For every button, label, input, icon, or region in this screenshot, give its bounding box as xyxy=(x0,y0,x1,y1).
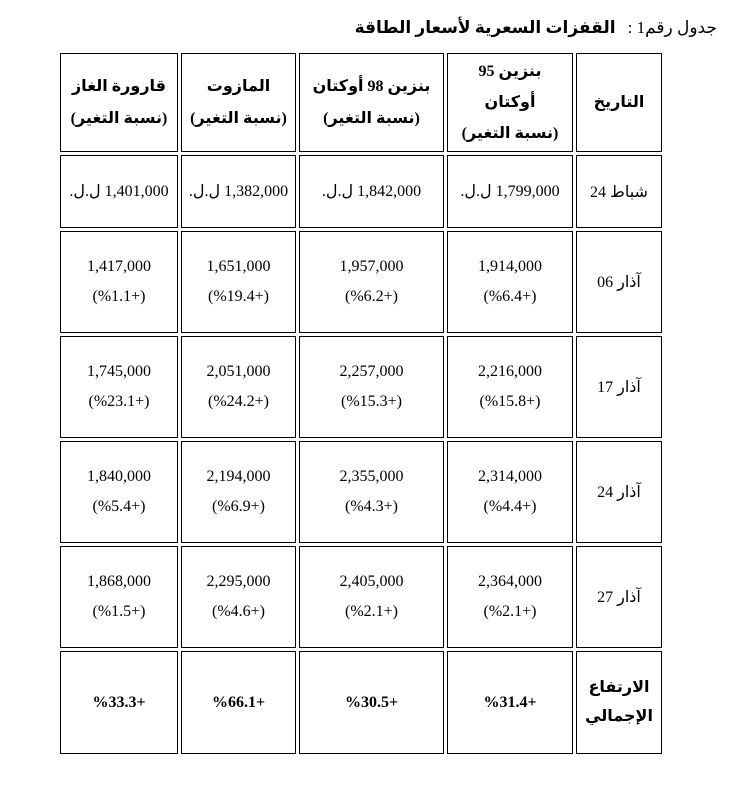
value-cell-mazout: 2,295,000 (%4.6+) xyxy=(181,546,296,648)
table-title-text: القفزات السعرية لأسعار الطاقة xyxy=(355,18,616,37)
totals-label-line1: الارتفاع xyxy=(581,674,657,703)
price-change-pct: (%1.5+) xyxy=(65,597,173,627)
price-change-pct: (%4.4+) xyxy=(452,492,568,522)
value-cell-mazout: 2,051,000 (%24.2+) xyxy=(181,336,296,438)
price-value: 1,957,000 xyxy=(304,252,439,282)
price-value: 2,355,000 xyxy=(304,462,439,492)
price-value: 1,840,000 xyxy=(65,462,173,492)
total-increase-pct: %33.3+ xyxy=(65,694,173,712)
energy-price-table: التاريخ بنزين 95 أوكتان (نسبة التغير) بن… xyxy=(57,50,665,758)
value-cell-benzine98: 2,405,000 (%2.1+) xyxy=(299,546,444,648)
header-benzine95-label: بنزين 95 أوكتان xyxy=(452,56,568,118)
table-row: 24 آذار 2,314,000 (%4.4+) 2,355,000 (%4.… xyxy=(60,441,662,543)
price-change-pct: (%15.8+) xyxy=(452,387,568,417)
value-cell-benzine95: 2,216,000 (%15.8+) xyxy=(447,336,573,438)
table-row: 06 آذار 1,914,000 (%6.4+) 1,957,000 (%6.… xyxy=(60,231,662,333)
total-cell-gas: %33.3+ xyxy=(60,651,178,754)
header-benzine95-sublabel: (نسبة التغير) xyxy=(452,118,568,149)
value-cell-gas: 1,417,000 (%1.1+) xyxy=(60,231,178,333)
date-label: 24 آذار xyxy=(581,482,657,502)
table-row: 27 آذار 2,364,000 (%2.1+) 2,405,000 (%2.… xyxy=(60,546,662,648)
price-value: 1,417,000 xyxy=(65,252,173,282)
price-change-pct: (%6.9+) xyxy=(186,492,291,522)
value-cell-gas: 1,840,000 (%5.4+) xyxy=(60,441,178,543)
price-change-pct: (%2.1+) xyxy=(452,597,568,627)
price-change-pct: (%23.1+) xyxy=(65,387,173,417)
header-gas-sublabel: (نسبة التغير) xyxy=(65,103,173,134)
total-increase-pct: %31.4+ xyxy=(452,694,568,712)
value-cell-mazout: 1,382,000 ل.ل. xyxy=(181,155,296,228)
header-benzine98-label: بنزين 98 أوكتان xyxy=(304,71,439,102)
value-cell-benzine95: 2,364,000 (%2.1+) xyxy=(447,546,573,648)
price-change-pct: (%5.4+) xyxy=(65,492,173,522)
price-change-pct: (%19.4+) xyxy=(186,282,291,312)
date-cell: 06 آذار xyxy=(576,231,662,333)
price-change-pct: (%15.3+) xyxy=(304,387,439,417)
header-date-label: التاريخ xyxy=(581,87,657,118)
totals-label-line2: الإجمالي xyxy=(581,703,657,732)
price-value: 2,216,000 xyxy=(452,357,568,387)
price-value: 2,314,000 xyxy=(452,462,568,492)
price-value: 2,257,000 xyxy=(304,357,439,387)
value-cell-benzine98: 1,842,000 ل.ل. xyxy=(299,155,444,228)
price-value: 2,405,000 xyxy=(304,567,439,597)
value-cell-benzine95: 1,799,000 ل.ل. xyxy=(447,155,573,228)
date-cell: 27 آذار xyxy=(576,546,662,648)
total-increase-pct: %30.5+ xyxy=(304,694,439,712)
date-cell: 24 شباط xyxy=(576,155,662,228)
price-change-pct: (%1.1+) xyxy=(65,282,173,312)
table-row: 17 آذار 2,216,000 (%15.8+) 2,257,000 (%1… xyxy=(60,336,662,438)
header-cell-date: التاريخ xyxy=(576,53,662,153)
value-cell-gas: 1,745,000 (%23.1+) xyxy=(60,336,178,438)
header-cell-mazout: المازوت (نسبة التغير) xyxy=(181,53,296,153)
value-cell-benzine98: 2,257,000 (%15.3+) xyxy=(299,336,444,438)
price-value: 1,401,000 ل.ل. xyxy=(65,177,173,207)
value-cell-mazout: 1,651,000 (%19.4+) xyxy=(181,231,296,333)
date-cell: 17 آذار xyxy=(576,336,662,438)
price-value: 2,364,000 xyxy=(452,567,568,597)
date-cell: 24 آذار xyxy=(576,441,662,543)
total-increase-pct: %66.1+ xyxy=(186,694,291,712)
header-benzine98-sublabel: (نسبة التغير) xyxy=(304,103,439,134)
value-cell-mazout: 2,194,000 (%6.9+) xyxy=(181,441,296,543)
value-cell-benzine95: 1,914,000 (%6.4+) xyxy=(447,231,573,333)
table-totals-row: الارتفاع الإجمالي %31.4+ %30.5+ %66.1+ %… xyxy=(60,651,662,754)
table-number-label: جدول رقم1 : xyxy=(628,18,717,37)
price-value: 1,914,000 xyxy=(452,252,568,282)
price-change-pct: (%6.4+) xyxy=(452,282,568,312)
price-value: 2,295,000 xyxy=(186,567,291,597)
price-value: 2,194,000 xyxy=(186,462,291,492)
header-mazout-label: المازوت xyxy=(186,71,291,102)
price-change-pct: (%6.2+) xyxy=(304,282,439,312)
header-cell-benzine98: بنزين 98 أوكتان (نسبة التغير) xyxy=(299,53,444,153)
date-label: 27 آذار xyxy=(581,587,657,607)
price-value: 2,051,000 xyxy=(186,357,291,387)
value-cell-benzine95: 2,314,000 (%4.4+) xyxy=(447,441,573,543)
totals-header-cell: الارتفاع الإجمالي xyxy=(576,651,662,754)
total-cell-mazout: %66.1+ xyxy=(181,651,296,754)
date-label: 06 آذار xyxy=(581,272,657,292)
table-row: 24 شباط 1,799,000 ل.ل. 1,842,000 ل.ل. 1,… xyxy=(60,155,662,228)
header-mazout-sublabel: (نسبة التغير) xyxy=(186,103,291,134)
value-cell-gas: 1,868,000 (%1.5+) xyxy=(60,546,178,648)
price-change-pct: (%4.3+) xyxy=(304,492,439,522)
price-value: 1,799,000 ل.ل. xyxy=(452,177,568,207)
date-label: 17 آذار xyxy=(581,377,657,397)
header-cell-gas: قارورة الغاز (نسبة التغير) xyxy=(60,53,178,153)
header-gas-label: قارورة الغاز xyxy=(65,71,173,102)
price-value: 1,745,000 xyxy=(65,357,173,387)
price-value: 1,868,000 xyxy=(65,567,173,597)
document-title: جدول رقم1 :القفزات السعرية لأسعار الطاقة xyxy=(0,0,742,40)
total-cell-benzine95: %31.4+ xyxy=(447,651,573,754)
price-value: 1,651,000 xyxy=(186,252,291,282)
total-cell-benzine98: %30.5+ xyxy=(299,651,444,754)
price-change-pct: (%4.6+) xyxy=(186,597,291,627)
price-value: 1,382,000 ل.ل. xyxy=(186,177,291,207)
price-value: 1,842,000 ل.ل. xyxy=(304,177,439,207)
value-cell-gas: 1,401,000 ل.ل. xyxy=(60,155,178,228)
date-label: 24 شباط xyxy=(581,182,657,202)
value-cell-benzine98: 1,957,000 (%6.2+) xyxy=(299,231,444,333)
value-cell-benzine98: 2,355,000 (%4.3+) xyxy=(299,441,444,543)
price-change-pct: (%2.1+) xyxy=(304,597,439,627)
header-cell-benzine95: بنزين 95 أوكتان (نسبة التغير) xyxy=(447,53,573,153)
table-header-row: التاريخ بنزين 95 أوكتان (نسبة التغير) بن… xyxy=(60,53,662,153)
price-change-pct: (%24.2+) xyxy=(186,387,291,417)
